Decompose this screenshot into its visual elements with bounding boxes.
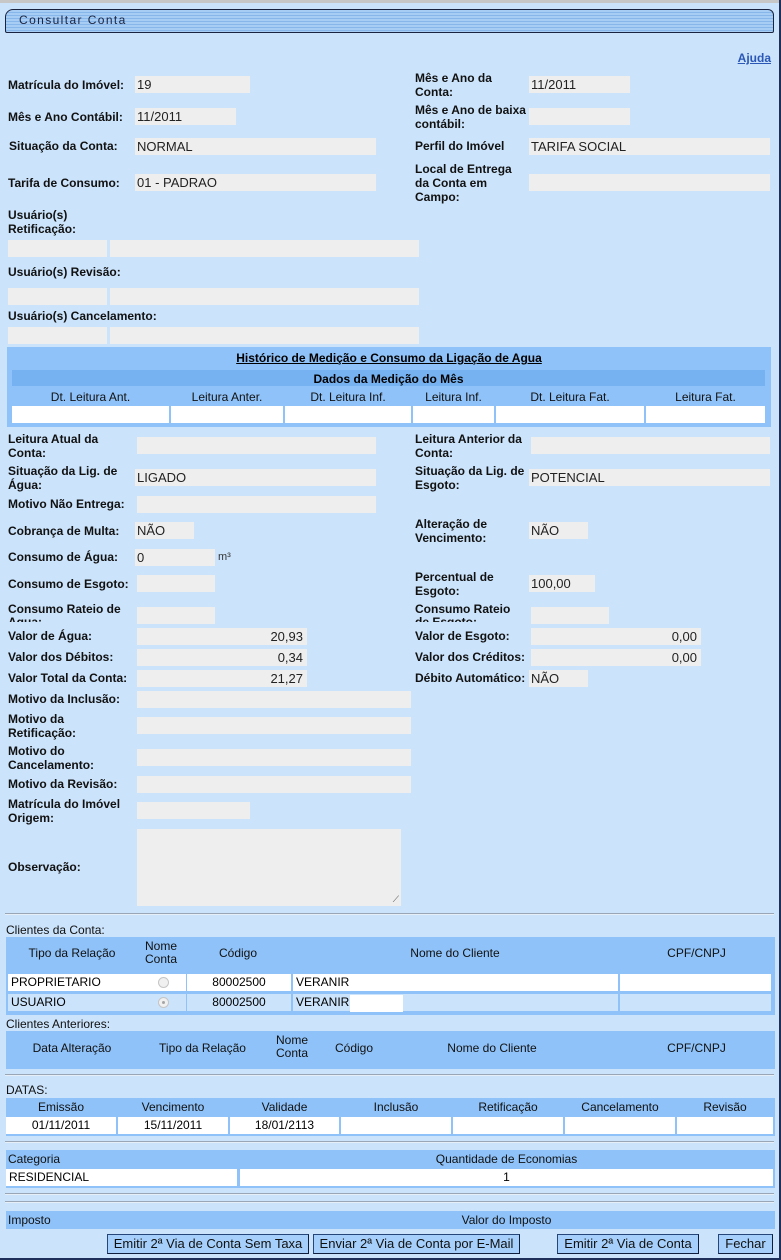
matricula-origem-label: Matrícula do Imóvel Origem: (8, 797, 128, 825)
nome-conta-header: Nome Conta (268, 1034, 316, 1060)
motivo-cancelamento-field[interactable] (137, 749, 411, 766)
page-title-bar: Consultar Conta (5, 9, 774, 33)
nome-cliente-cell: VERANIR (293, 994, 618, 1011)
leitura-anterior-field[interactable] (531, 437, 770, 454)
tarifa-consumo-label: Tarifa de Consumo: (8, 176, 120, 190)
valor-agua-label: Valor de Água: (8, 629, 92, 643)
divider (5, 1193, 774, 1195)
nome-cliente-header: Nome do Cliente (292, 946, 618, 960)
motivo-revisao-label: Motivo da Revisão: (8, 777, 117, 791)
matricula-imovel-field[interactable]: 19 (135, 76, 250, 93)
page-title: Consultar Conta (19, 13, 127, 27)
cpf-cnpj-cell (620, 994, 771, 1011)
historico-cell (171, 406, 283, 423)
divider (5, 913, 774, 915)
consumo-agua-unit: m³ (218, 551, 231, 563)
valor-imposto-header: Valor do Imposto (240, 1213, 773, 1227)
consumo-esgoto-label: Consumo de Esgoto: (8, 577, 129, 591)
datas-column-header: Validade (230, 1100, 339, 1114)
usuarios-retificacao-label: Usuário(s) Retificação: (8, 208, 83, 236)
observacao-label: Observação: (8, 860, 81, 874)
top-border (0, 0, 781, 3)
usuarios-cancelamento-label: Usuário(s) Cancelamento: (8, 309, 157, 323)
situacao-conta-label: Situação da Conta: (9, 139, 118, 153)
datas-cell (677, 1117, 773, 1134)
perfil-imovel-field[interactable]: TARIFA SOCIAL (529, 138, 770, 155)
mes-ano-baixa-label: Mês e Ano de baixa contábil: (415, 103, 530, 131)
datas-cell: 01/11/2011 (6, 1117, 116, 1134)
historico-column-header: Leitura Anter. (171, 390, 283, 404)
tipo-relacao-header: Tipo da Relação (8, 946, 136, 960)
historico-subtitle: Dados da Medição do Mês (12, 372, 765, 386)
quantidade-economias-header: Quantidade de Economias (240, 1152, 773, 1166)
mes-ano-contabil-label: Mês e Ano Contábil: (8, 110, 123, 124)
tipo-relacao-header: Tipo da Relação (140, 1041, 265, 1055)
codigo-cell: 80002500 (187, 974, 291, 991)
motivo-inclusao-field[interactable] (137, 691, 411, 708)
consumo-rateio-esgoto-field[interactable] (531, 607, 609, 624)
leitura-anterior-label: Leitura Anterior da Conta: (415, 432, 530, 460)
datas-column-header: Cancelamento (565, 1100, 675, 1114)
resize-grip-icon[interactable]: ⟋ (393, 895, 399, 904)
datas-column-header: Emissão (6, 1100, 116, 1114)
historico-cell (646, 406, 765, 423)
historico-cell (496, 406, 644, 423)
alteracao-vencimento-label: Alteração de Vencimento: (415, 517, 515, 545)
usuarios-cancelamento-code-field[interactable] (8, 327, 107, 344)
consumo-rateio-esgoto-label: Consumo Rateio de Esgoto: (415, 603, 515, 622)
nome-conta-radio[interactable] (158, 997, 169, 1008)
nome-cliente-cell: VERANIR (293, 974, 618, 991)
motivo-cancelamento-label: Motivo do Cancelamento: (8, 744, 103, 772)
historico-cell (413, 406, 494, 423)
datas-cell (341, 1117, 451, 1134)
consumo-agua-label: Consumo de Água: (8, 550, 118, 564)
valor-creditos-label: Valor dos Créditos: (415, 650, 525, 664)
situacao-lig-agua-label: Situação da Lig. de Água: (8, 464, 126, 492)
clientes-conta-label: Clientes da Conta: (6, 923, 105, 937)
valor-agua-field[interactable]: 20,93 (137, 628, 307, 645)
datas-cell: 15/11/2011 (118, 1117, 228, 1134)
debito-automatico-label: Débito Automático: (415, 671, 525, 685)
valor-esgoto-label: Valor de Esgoto: (415, 629, 510, 643)
divider (5, 1201, 774, 1203)
mes-ano-contabil-field[interactable]: 11/2011 (135, 108, 236, 125)
historico-cell (285, 406, 411, 423)
alteracao-vencimento-field[interactable]: NÃO (529, 522, 588, 539)
datas-column-header: Retificação (453, 1100, 563, 1114)
motivo-inclusao-label: Motivo da Inclusão: (8, 692, 120, 706)
consumo-agua-field[interactable]: 0 (135, 549, 215, 566)
cobranca-multa-field[interactable]: NÃO (135, 522, 194, 539)
divider (5, 1141, 774, 1143)
data-alteracao-header: Data Alteração (8, 1041, 136, 1055)
situacao-conta-field[interactable]: NORMAL (135, 138, 376, 155)
categoria-header: Categoria (8, 1152, 60, 1166)
consumo-esgoto-field[interactable] (137, 575, 215, 592)
mes-ano-conta-label: Mês e Ano da Conta: (415, 71, 515, 99)
categoria-cell: RESIDENCIAL (6, 1169, 237, 1186)
imposto-header: Imposto (8, 1213, 51, 1227)
emitir-segunda-via-button[interactable]: Emitir 2ª Via de Conta (557, 1234, 699, 1254)
enviar-email-button[interactable]: Enviar 2ª Via de Conta por E-Mail (313, 1234, 520, 1254)
codigo-header: Código (186, 946, 290, 960)
datas-column-header: Inclusão (341, 1100, 451, 1114)
percentual-esgoto-field[interactable]: 100,00 (529, 575, 595, 592)
datas-cell: 18/01/2113 (230, 1117, 339, 1134)
situacao-lig-esgoto-field[interactable]: POTENCIAL (529, 469, 770, 486)
highlight-box (350, 995, 403, 1012)
cpf-cnpj-header: CPF/CNPJ (620, 946, 773, 960)
valor-debitos-label: Valor dos Débitos: (8, 650, 113, 664)
usuarios-retificacao-code-field[interactable] (8, 240, 107, 257)
situacao-lig-agua-field[interactable]: LIGADO (135, 469, 376, 486)
cpf-cnpj-header: CPF/CNPJ (620, 1041, 773, 1055)
valor-esgoto-field[interactable]: 0,00 (531, 628, 701, 645)
motivo-retificacao-label: Motivo da Retificação: (8, 712, 98, 740)
datas-cell (565, 1117, 675, 1134)
valor-debitos-field[interactable]: 0,34 (137, 649, 307, 666)
percentual-esgoto-label: Percentual de Esgoto: (415, 570, 515, 598)
motivo-revisao-field[interactable] (137, 776, 411, 793)
historico-column-header: Leitura Fat. (646, 390, 765, 404)
usuarios-retificacao-name-field[interactable] (110, 240, 419, 257)
cpf-cnpj-cell (620, 974, 771, 991)
valor-total-field[interactable]: 21,27 (137, 670, 307, 687)
nome-conta-radio[interactable] (158, 977, 169, 988)
historico-column-header: Leitura Inf. (413, 390, 494, 404)
tarifa-consumo-field[interactable]: 01 - PADRAO (135, 174, 376, 191)
matricula-origem-field[interactable] (137, 802, 250, 819)
situacao-lig-esgoto-label: Situação da Lig. de Esgoto: (415, 464, 530, 492)
divider (5, 1074, 774, 1076)
usuarios-revisao-name-field[interactable] (110, 288, 419, 305)
valor-total-label: Valor Total da Conta: (8, 671, 127, 685)
historico-column-header: Dt. Leitura Fat. (496, 390, 644, 404)
nome-conta-header: Nome Conta (138, 940, 184, 966)
matricula-imovel-label: Matrícula do Imóvel: (8, 78, 124, 92)
mes-ano-conta-field[interactable]: 11/2011 (529, 76, 630, 93)
datas-cell (453, 1117, 563, 1134)
leitura-atual-label: Leitura Atual da Conta: (8, 432, 118, 460)
usuarios-revisao-label: Usuário(s) Revisão: (8, 265, 121, 279)
emitir-sem-taxa-button[interactable]: Emitir 2ª Via de Conta Sem Taxa (107, 1234, 309, 1254)
mes-ano-baixa-field[interactable] (529, 108, 630, 125)
historico-cell (12, 406, 169, 423)
local-entrega-field[interactable] (529, 174, 770, 191)
datas-column-header: Vencimento (118, 1100, 228, 1114)
valor-creditos-field[interactable]: 0,00 (531, 649, 701, 666)
quantidade-economias-cell: 1 (240, 1169, 773, 1186)
cobranca-multa-label: Cobrança de Multa: (8, 524, 119, 538)
datas-column-header: Revisão (677, 1100, 773, 1114)
debito-automatico-field[interactable]: NÃO (529, 670, 588, 687)
codigo-cell: 80002500 (187, 994, 291, 1011)
motivo-retificacao-field[interactable] (137, 717, 411, 734)
usuarios-cancelamento-name-field[interactable] (110, 327, 419, 344)
datas-label: DATAS: (6, 1083, 48, 1097)
local-entrega-label: Local de Entrega da Conta em Campo: (415, 162, 520, 204)
fechar-button[interactable]: Fechar (718, 1234, 773, 1254)
leitura-atual-field[interactable] (137, 437, 376, 454)
motivo-nao-entrega-label: Motivo Não Entrega: (8, 497, 125, 511)
help-link[interactable]: Ajuda (738, 51, 771, 65)
perfil-imovel-label: Perfil do Imóvel (415, 139, 504, 153)
codigo-header: Código (318, 1041, 390, 1055)
clientes-anteriores-label: Clientes Anteriores: (6, 1017, 110, 1031)
observacao-textarea[interactable]: ⟋ (137, 829, 401, 906)
nome-cliente-header: Nome do Cliente (392, 1041, 592, 1055)
motivo-nao-entrega-field[interactable] (137, 496, 376, 513)
historico-column-header: Dt. Leitura Inf. (285, 390, 411, 404)
historico-column-header: Dt. Leitura Ant. (12, 390, 169, 404)
consumo-rateio-agua-field[interactable] (137, 607, 215, 624)
usuarios-revisao-code-field[interactable] (8, 288, 107, 305)
historico-title: Histórico de Medição e Consumo da Ligaçã… (7, 351, 771, 365)
consumo-rateio-agua-label: Consumo Rateio de Agua: (8, 603, 128, 622)
